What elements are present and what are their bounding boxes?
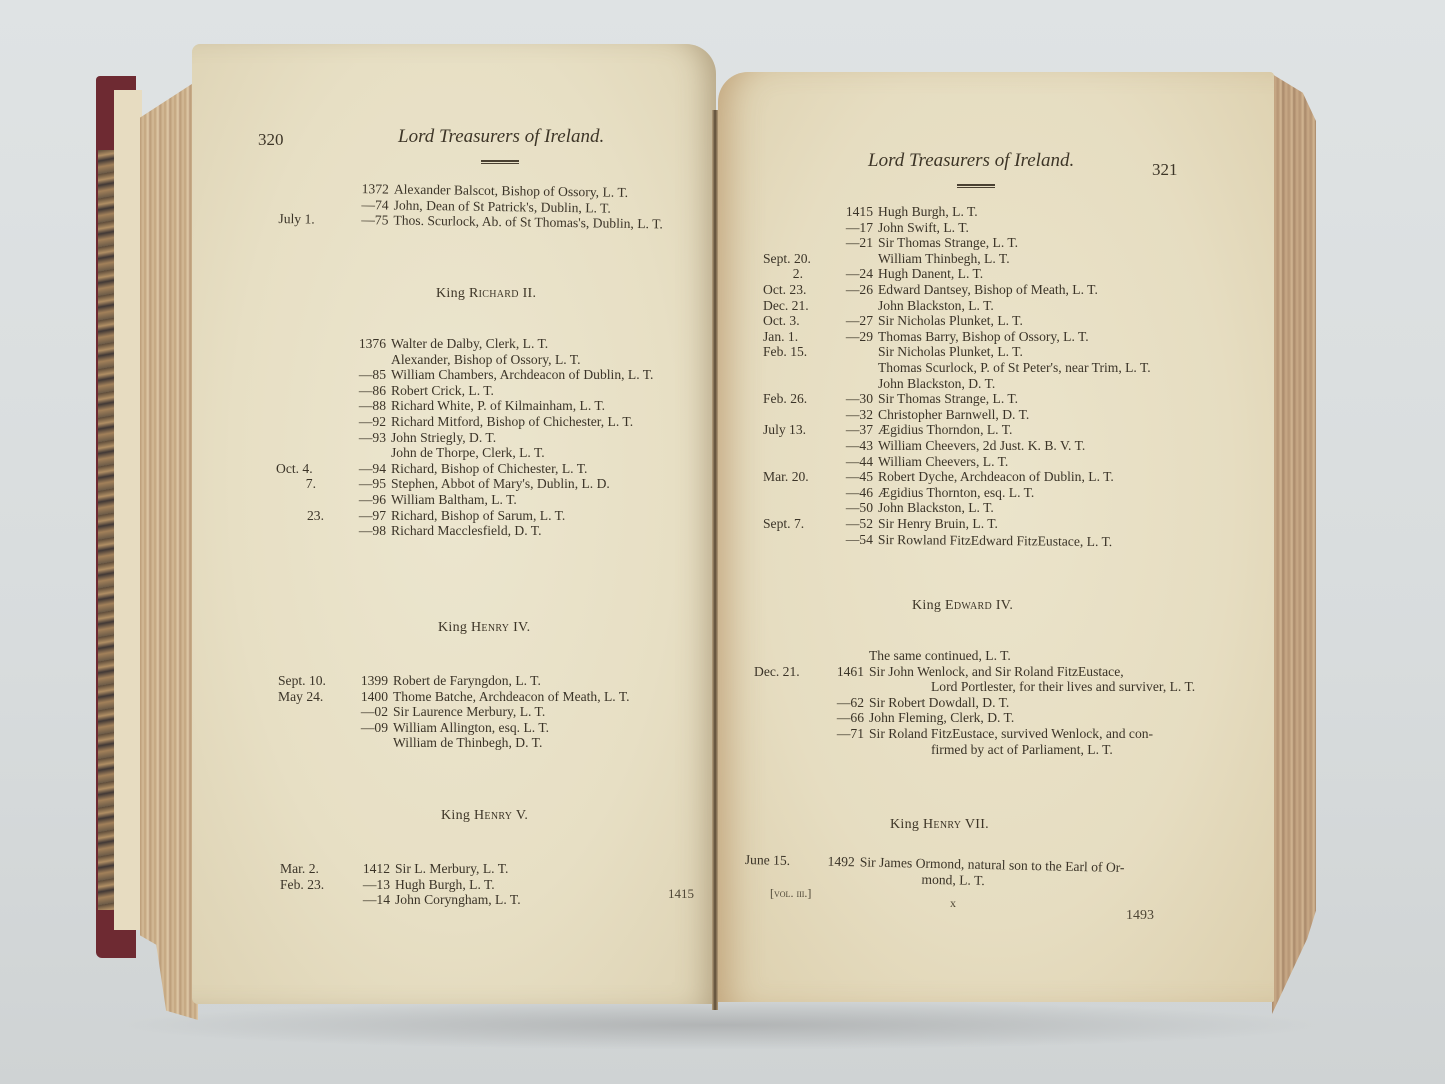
left-entries-richard-ii: 1376Walter de Dalby, Clerk, L. T. Alexan… xyxy=(276,336,716,539)
list-item: —86Robert Crick, L. T. xyxy=(276,383,716,399)
title-rule xyxy=(481,160,519,164)
list-item: Mar. 20.—45Robert Dyche, Archdeacon of D… xyxy=(763,469,1223,485)
list-item: John Blackston, D. T. xyxy=(763,376,1223,392)
left-catchword: 1415 xyxy=(668,886,694,902)
list-item: Dec. 21.1461Sir John Wenlock, and Sir Ro… xyxy=(754,664,1224,680)
list-item: Feb. 15.Sir Nicholas Plunket, L. T. xyxy=(763,344,1223,360)
list-item: Sept. 7.—52Sir Henry Bruin, L. T. xyxy=(763,516,1223,532)
list-item: —09William Allington, esq. L. T. xyxy=(278,720,718,736)
open-book-photo: 320 Lord Treasurers of Ireland. 1372Alex… xyxy=(0,0,1445,1084)
list-item: —88Richard White, P. of Kilmainham, L. T… xyxy=(276,398,716,414)
list-item: Thomas Scurlock, P. of St Peter's, near … xyxy=(763,360,1223,376)
list-item: Oct. 3.—27Sir Nicholas Plunket, L. T. xyxy=(763,313,1223,329)
list-item: —93John Striegly, D. T. xyxy=(276,430,716,446)
list-item: firmed by act of Parliament, L. T. xyxy=(754,742,1224,758)
right-page-edges xyxy=(1272,74,1316,1014)
list-item: —46Ægidius Thornton, esq. L. T. xyxy=(763,485,1223,501)
reign-heading-henry-v: King Henry V. xyxy=(441,808,528,824)
list-item: —98Richard Macclesfield, D. T. xyxy=(276,523,716,539)
marbled-board xyxy=(98,150,114,910)
list-item: Feb. 26.—30Sir Thomas Strange, L. T. xyxy=(763,391,1223,407)
list-item: July 13.—37Ægidius Thorndon, L. T. xyxy=(763,422,1223,438)
reign-heading-richard-ii: King Richard II. xyxy=(436,286,536,302)
list-item: Sept. 10.1399Robert de Faryngdon, L. T. xyxy=(278,673,718,689)
left-entries-henry-iv: Sept. 10.1399Robert de Faryngdon, L. T. … xyxy=(278,673,718,751)
list-item: —71Sir Roland FitzEustace, survived Wenl… xyxy=(754,726,1224,742)
right-running-title: Lord Treasurers of Ireland. xyxy=(868,150,1074,172)
list-item: Lord Portlester, for their lives and sur… xyxy=(754,679,1224,695)
left-running-title: Lord Treasurers of Ireland. xyxy=(398,126,604,148)
list-item: Mar. 2.1412Sir L. Merbury, L. T. xyxy=(280,861,720,877)
list-item: —85William Chambers, Archdeacon of Dubli… xyxy=(276,367,716,383)
list-item: Dec. 21.John Blackston, L. T. xyxy=(763,298,1223,314)
left-entries-henry-v: Mar. 2.1412Sir L. Merbury, L. T. Feb. 23… xyxy=(280,861,720,908)
list-item: —62Sir Robert Dowdall, D. T. xyxy=(754,695,1224,711)
list-item: 23.—97Richard, Bishop of Sarum, L. T. xyxy=(276,508,716,524)
right-catchword: 1493 xyxy=(1126,908,1154,924)
list-item: —14John Coryngham, L. T. xyxy=(280,892,720,908)
list-item: William de Thinbegh, D. T. xyxy=(278,735,718,751)
list-item: —50John Blackston, L. T. xyxy=(763,500,1223,516)
reign-heading-edward-iv: King Edward IV. xyxy=(912,598,1013,614)
list-item: Oct. 23.—26Edward Dantsey, Bishop of Mea… xyxy=(763,282,1223,298)
book-shadow xyxy=(110,1000,1330,1050)
list-item: —96William Baltham, L. T. xyxy=(276,492,716,508)
left-page-number: 320 xyxy=(258,130,284,150)
list-item: —44William Cheevers, L. T. xyxy=(763,454,1223,470)
right-entries-henry-vi: 1415Hugh Burgh, L. T. —17John Swift, L. … xyxy=(763,204,1223,547)
list-item: Jan. 1.—29Thomas Barry, Bishop of Ossory… xyxy=(763,329,1223,345)
right-page-number: 321 xyxy=(1152,160,1178,180)
list-item: May 24.1400Thome Batche, Archdeacon of M… xyxy=(278,689,718,705)
list-item: The same continued, L. T. xyxy=(754,648,1224,664)
signature-mark: x xyxy=(950,896,956,911)
list-item: Feb. 23.—13Hugh Burgh, L. T. xyxy=(280,877,720,893)
list-item: —43William Cheevers, 2d Just. K. B. V. T… xyxy=(763,438,1223,454)
list-item: 7.—95Stephen, Abbot of Mary's, Dublin, L… xyxy=(276,476,716,492)
list-item: —92Richard Mitford, Bishop of Chichester… xyxy=(276,414,716,430)
list-item: Alexander, Bishop of Ossory, L. T. xyxy=(276,352,716,368)
list-item: 1415Hugh Burgh, L. T. xyxy=(763,204,1223,220)
left-page-edges xyxy=(140,80,198,1020)
list-item: 2.—24Hugh Danent, L. T. xyxy=(763,266,1223,282)
list-item: —66John Fleming, Clerk, D. T. xyxy=(754,710,1224,726)
list-item: —02Sir Laurence Merbury, L. T. xyxy=(278,704,718,720)
list-item: Oct. 4.—94Richard, Bishop of Chichester,… xyxy=(276,461,716,477)
right-entries-edward-iv: The same continued, L. T. Dec. 21.1461Si… xyxy=(754,648,1224,757)
left-entries-intro: 1372Alexander Balscot, Bishop of Ossory,… xyxy=(278,180,719,233)
reign-heading-henry-vii: King Henry VII. xyxy=(890,817,989,833)
list-item: 1376Walter de Dalby, Clerk, L. T. xyxy=(276,336,716,352)
endpaper xyxy=(114,90,142,930)
list-item: John de Thorpe, Clerk, L. T. xyxy=(276,445,716,461)
list-item: —21Sir Thomas Strange, L. T. xyxy=(763,235,1223,251)
volume-signature: [vol. iii.] xyxy=(770,886,811,901)
list-item: —17John Swift, L. T. xyxy=(763,220,1223,236)
list-item: Sept. 20.William Thinbegh, L. T. xyxy=(763,251,1223,267)
list-item: —32Christopher Barnwell, D. T. xyxy=(763,407,1223,423)
title-rule xyxy=(957,184,995,188)
reign-heading-henry-iv: King Henry IV. xyxy=(438,620,530,636)
